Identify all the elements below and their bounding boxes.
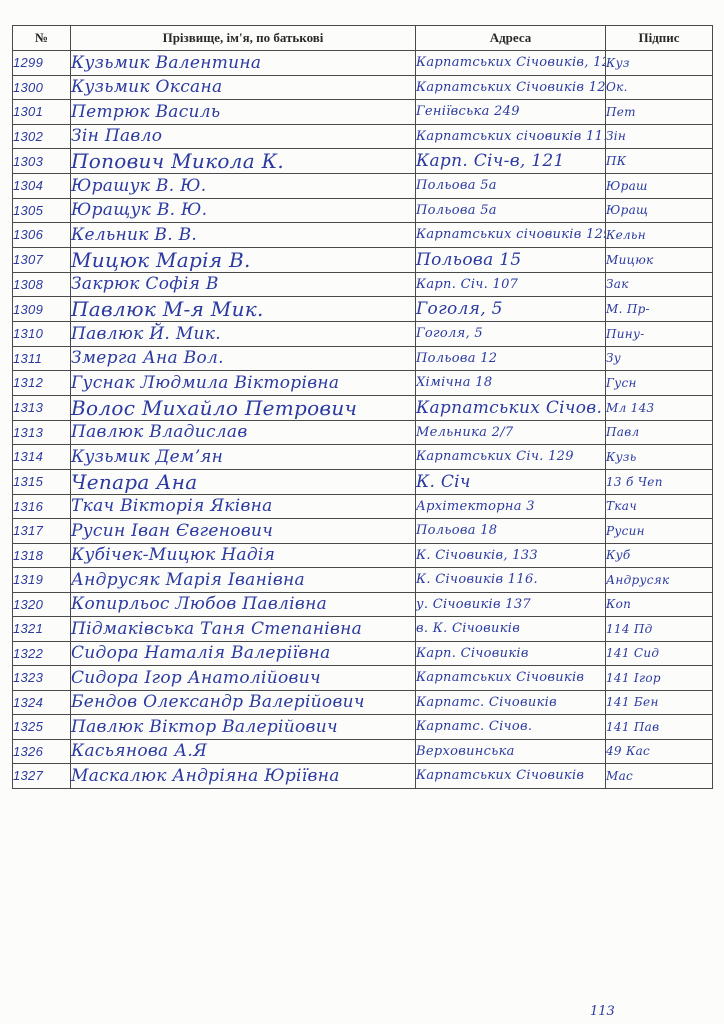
row-full-name: Юращук В. Ю.	[71, 198, 416, 223]
row-address: Карп. Січовиків	[416, 641, 606, 666]
table-row: 1324Бендов Олександр ВалерійовичКарпатс.…	[13, 690, 713, 715]
row-address: Мельника 2/7	[416, 420, 606, 445]
row-signature: Русин	[606, 519, 713, 544]
row-number: 1315	[13, 469, 71, 494]
row-address: Карпатських Січ. 129	[416, 445, 606, 470]
table-row: 1325Павлюк Віктор ВалерійовичКарпатс. Сі…	[13, 715, 713, 740]
row-number: 1300	[13, 75, 71, 100]
table-row: 1313Павлюк ВладиславМельника 2/7Павл	[13, 420, 713, 445]
row-address: Верховинська	[416, 739, 606, 764]
table-row: 1327Маскалюк Андріяна ЮріївнаКарпатських…	[13, 764, 713, 789]
table-row: 1299Кузьмик ВалентинаКарпатських Січовик…	[13, 51, 713, 76]
row-number: 1301	[13, 100, 71, 125]
row-address: Польова 5а	[416, 198, 606, 223]
row-signature: Пину-	[606, 322, 713, 347]
table-row: 1318Кубічек-Мицюк НадіяК. Січовиків, 133…	[13, 543, 713, 568]
row-number: 1314	[13, 445, 71, 470]
row-signature: 13 б Чеп	[606, 469, 713, 494]
table-row: 1306Кельник В. В.Карпатських січовиків 1…	[13, 223, 713, 248]
table-row: 1300Кузьмик ОксанаКарпатських Січовиків …	[13, 75, 713, 100]
row-number: 1327	[13, 764, 71, 789]
row-full-name: Мицюк Марія В.	[71, 247, 416, 272]
row-address: Гоголя, 5	[416, 297, 606, 322]
row-full-name: Кузьмик Оксана	[71, 75, 416, 100]
row-number: 1321	[13, 617, 71, 642]
row-address: Геніївська 249	[416, 100, 606, 125]
table-row: 1326Касьянова А.ЯВерховинська49 Кас	[13, 739, 713, 764]
row-full-name: Кузьмик Демʼян	[71, 445, 416, 470]
row-number: 1318	[13, 543, 71, 568]
row-signature: Ок.	[606, 75, 713, 100]
row-signature: Кельн	[606, 223, 713, 248]
row-full-name: Гуснак Людмила Вікторівна	[71, 371, 416, 396]
row-signature: Павл	[606, 420, 713, 445]
row-address: К. Січовиків 116.	[416, 568, 606, 593]
row-signature: Зу	[606, 346, 713, 371]
table-row: 1313Волос Михайло ПетровичКарпатських Сі…	[13, 395, 713, 420]
row-number: 1299	[13, 51, 71, 76]
table-row: 1323Сидора Ігор АнатолійовичКарпатських …	[13, 666, 713, 691]
row-full-name: Юрашук В. Ю.	[71, 174, 416, 199]
row-signature: Юраш	[606, 174, 713, 199]
row-signature: Юращ	[606, 198, 713, 223]
row-signature: ПК	[606, 149, 713, 174]
row-address: Карпатських січовиків 129	[416, 223, 606, 248]
row-number: 1313	[13, 395, 71, 420]
table-header-row: № Прізвище, ім'я, по батькові Адреса Під…	[13, 26, 713, 51]
table-row: 1311Змерга Ана Вол.Польова 12Зу	[13, 346, 713, 371]
document-page: № Прізвище, ім'я, по батькові Адреса Під…	[0, 0, 724, 1024]
row-address: Карпатських Січовиків 127	[416, 75, 606, 100]
table-body: 1299Кузьмик ВалентинаКарпатських Січовик…	[13, 51, 713, 789]
row-signature: 141 Ігор	[606, 666, 713, 691]
row-full-name: Павлюк Й. Мик.	[71, 322, 416, 347]
row-number: 1322	[13, 641, 71, 666]
column-header-name: Прізвище, ім'я, по батькові	[71, 26, 416, 51]
row-address: Карп. Січ. 107	[416, 272, 606, 297]
row-address: Карпатських Січов.	[416, 395, 606, 420]
row-number: 1307	[13, 247, 71, 272]
row-address: К. Січовиків, 133	[416, 543, 606, 568]
row-number: 1316	[13, 494, 71, 519]
table-row: 1303Попович Микола К.Карп. Січ-в, 121ПК	[13, 149, 713, 174]
row-signature: Коп	[606, 592, 713, 617]
table-row: 1312Гуснак Людмила ВікторівнаХімічна 18Г…	[13, 371, 713, 396]
row-number: 1305	[13, 198, 71, 223]
row-address: Карпатських Січовиків	[416, 764, 606, 789]
table-row: 1316Ткач Вікторія ЯківнаАрхітекторна 3Тк…	[13, 494, 713, 519]
row-number: 1309	[13, 297, 71, 322]
row-address: Карпатс. Січовиків	[416, 690, 606, 715]
row-signature: 114 Пд	[606, 617, 713, 642]
row-address: Карпатських Січовиків	[416, 666, 606, 691]
signature-register-table: № Прізвище, ім'я, по батькові Адреса Під…	[12, 25, 713, 789]
row-full-name: Волос Михайло Петрович	[71, 395, 416, 420]
row-full-name: Закрюк Софія В	[71, 272, 416, 297]
row-number: 1326	[13, 739, 71, 764]
table-row: 1320Копирльос Любов Павлівнау. Січовиків…	[13, 592, 713, 617]
row-signature: Гусн	[606, 371, 713, 396]
table-row: 1315Чепара АнаК. Січ13 б Чеп	[13, 469, 713, 494]
row-address: Польова 12	[416, 346, 606, 371]
row-address: Польова 15	[416, 247, 606, 272]
row-address: у. Січовиків 137	[416, 592, 606, 617]
row-number: 1308	[13, 272, 71, 297]
table-row: 1322Сидора Наталія ВалеріївнаКарп. Січов…	[13, 641, 713, 666]
row-signature: Куз	[606, 51, 713, 76]
row-signature: Мл 143	[606, 395, 713, 420]
row-full-name: Павлюк М-я Мик.	[71, 297, 416, 322]
table-row: 1321Підмаківська Таня Степанівнав. К. Сі…	[13, 617, 713, 642]
table-row: 1314Кузьмик ДемʼянКарпатських Січ. 129Ку…	[13, 445, 713, 470]
row-full-name: Попович Микола К.	[71, 149, 416, 174]
table-row: 1305Юращук В. Ю.Польова 5аЮращ	[13, 198, 713, 223]
row-full-name: Ткач Вікторія Яківна	[71, 494, 416, 519]
row-number: 1311	[13, 346, 71, 371]
row-number: 1317	[13, 519, 71, 544]
row-address: Карпатс. Січов.	[416, 715, 606, 740]
row-full-name: Бендов Олександр Валерійович	[71, 690, 416, 715]
row-full-name: Копирльос Любов Павлівна	[71, 592, 416, 617]
row-number: 1302	[13, 124, 71, 149]
table-row: 1310Павлюк Й. Мик.Гоголя, 5Пину-	[13, 322, 713, 347]
row-address: Гоголя, 5	[416, 322, 606, 347]
column-header-number: №	[13, 26, 71, 51]
row-number: 1323	[13, 666, 71, 691]
row-signature: 49 Кас	[606, 739, 713, 764]
row-full-name: Петрюк Василь	[71, 100, 416, 125]
row-number: 1319	[13, 568, 71, 593]
table-row: 1301Петрюк ВасильГеніївська 249Пет	[13, 100, 713, 125]
table-row: 1309Павлюк М-я Мик.Гоголя, 5М. Пр-	[13, 297, 713, 322]
table-row: 1308Закрюк Софія ВКарп. Січ. 107Зак	[13, 272, 713, 297]
row-number: 1310	[13, 322, 71, 347]
table-row: 1317Русин Іван ЄвгеновичПольова 18Русин	[13, 519, 713, 544]
row-full-name: Касьянова А.Я	[71, 739, 416, 764]
table-row: 1304Юрашук В. Ю.Польова 5аЮраш	[13, 174, 713, 199]
row-address: Карпатських січовиків 111	[416, 124, 606, 149]
row-full-name: Чепара Ана	[71, 469, 416, 494]
row-signature: Зак	[606, 272, 713, 297]
row-address: Хімічна 18	[416, 371, 606, 396]
row-address: Карпатських Січовиків, 129	[416, 51, 606, 76]
row-number: 1313	[13, 420, 71, 445]
row-full-name: Сидора Ігор Анатолійович	[71, 666, 416, 691]
row-full-name: Сидора Наталія Валеріївна	[71, 641, 416, 666]
page-number: 113	[590, 1004, 615, 1019]
row-signature: Пет	[606, 100, 713, 125]
row-signature: Кузь	[606, 445, 713, 470]
column-header-address: Адреса	[416, 26, 606, 51]
row-address: Карп. Січ-в, 121	[416, 149, 606, 174]
row-signature: 141 Пав	[606, 715, 713, 740]
row-address: Архітекторна 3	[416, 494, 606, 519]
row-address: Польова 5а	[416, 174, 606, 199]
row-number: 1324	[13, 690, 71, 715]
table-row: 1319Андрусяк Марія ІванівнаК. Січовиків …	[13, 568, 713, 593]
row-full-name: Павлюк Владислав	[71, 420, 416, 445]
row-signature: Мицюк	[606, 247, 713, 272]
row-number: 1303	[13, 149, 71, 174]
row-number: 1306	[13, 223, 71, 248]
row-full-name: Русин Іван Євгенович	[71, 519, 416, 544]
table-row: 1307Мицюк Марія В.Польова 15Мицюк	[13, 247, 713, 272]
row-full-name: Павлюк Віктор Валерійович	[71, 715, 416, 740]
row-full-name: Змерга Ана Вол.	[71, 346, 416, 371]
row-signature: Андрусяк	[606, 568, 713, 593]
table-row: 1302Зін ПавлоКарпатських січовиків 111Зі…	[13, 124, 713, 149]
row-full-name: Кузьмик Валентина	[71, 51, 416, 76]
row-signature: Мас	[606, 764, 713, 789]
row-address: в. К. Січовиків	[416, 617, 606, 642]
row-number: 1304	[13, 174, 71, 199]
row-full-name: Зін Павло	[71, 124, 416, 149]
row-full-name: Андрусяк Марія Іванівна	[71, 568, 416, 593]
row-number: 1312	[13, 371, 71, 396]
row-full-name: Маскалюк Андріяна Юріївна	[71, 764, 416, 789]
row-signature: 141 Сид	[606, 641, 713, 666]
row-signature: М. Пр-	[606, 297, 713, 322]
row-signature: Куб	[606, 543, 713, 568]
row-address: К. Січ	[416, 469, 606, 494]
row-signature: Зін	[606, 124, 713, 149]
row-full-name: Кубічек-Мицюк Надія	[71, 543, 416, 568]
row-number: 1320	[13, 592, 71, 617]
row-number: 1325	[13, 715, 71, 740]
row-full-name: Кельник В. В.	[71, 223, 416, 248]
row-address: Польова 18	[416, 519, 606, 544]
row-full-name: Підмаківська Таня Степанівна	[71, 617, 416, 642]
column-header-signature: Підпис	[606, 26, 713, 51]
row-signature: 141 Бен	[606, 690, 713, 715]
row-signature: Ткач	[606, 494, 713, 519]
